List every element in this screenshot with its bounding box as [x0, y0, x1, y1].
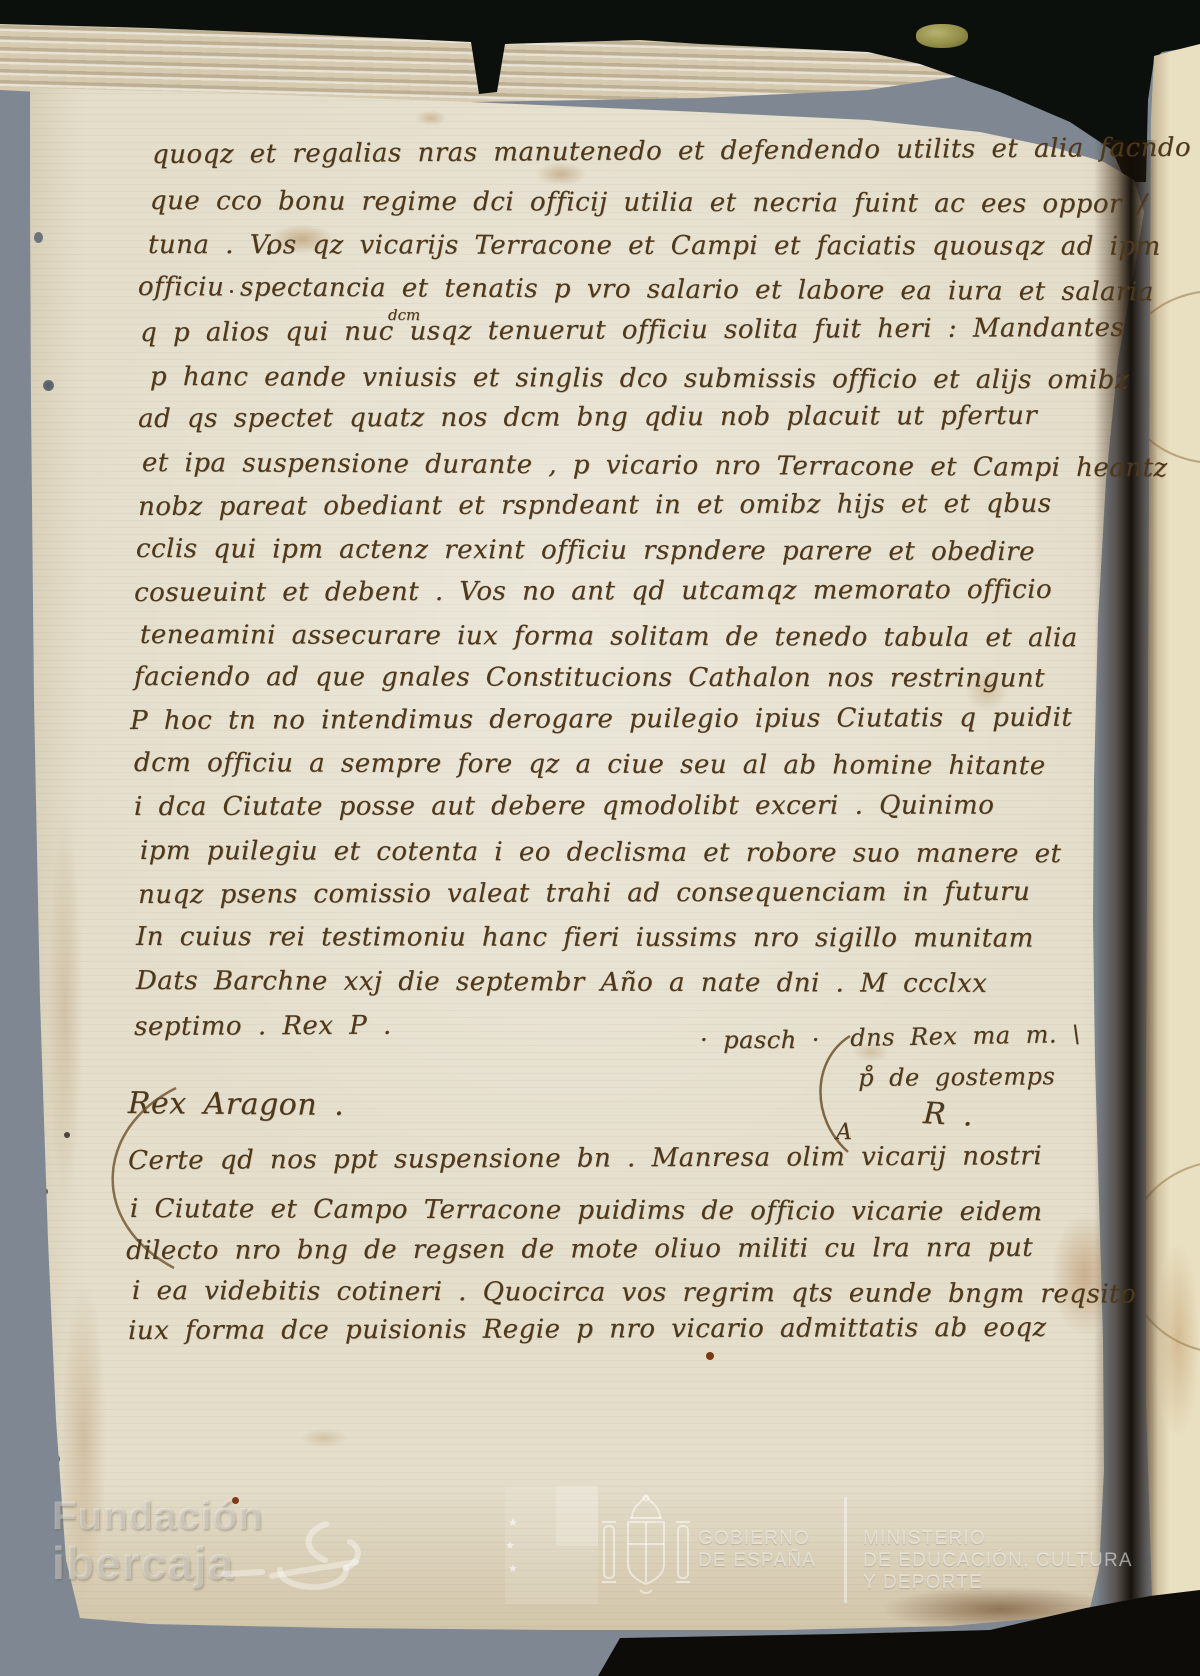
ministerio-line2: DE EDUCACIÓN, CULTURA	[863, 1550, 1133, 1572]
manuscript-scan: quoqz et regalias nras manutenedo et def…	[0, 0, 1200, 1676]
watermark-ministerio: MINISTERIO DE EDUCACIÓN, CULTURA Y DEPOR…	[863, 1528, 1133, 1594]
spain-coat-of-arms-icon	[598, 1492, 694, 1606]
watermark-gobierno: GOBIERNO DE ESPAÑA	[698, 1528, 816, 1572]
watermark-layer: Fundación ibercaja ★ ★ ★	[0, 0, 1200, 1676]
watermark-divider	[844, 1497, 847, 1603]
eu-flag-fragment-highlight	[556, 1486, 598, 1546]
eu-star-icon: ★	[505, 1539, 515, 1552]
ibercaja-logo-icon	[222, 1518, 362, 1608]
gobierno-line2: DE ESPAÑA	[698, 1550, 816, 1572]
watermark-ibercaja-text: ibercaja	[52, 1536, 234, 1590]
ministerio-line3: Y DEPORTE	[863, 1572, 1133, 1594]
gobierno-line1: GOBIERNO	[698, 1528, 816, 1550]
eu-star-icon: ★	[508, 1516, 518, 1529]
ministerio-line1: MINISTERIO	[863, 1528, 1133, 1550]
eu-star-icon: ★	[508, 1562, 518, 1575]
